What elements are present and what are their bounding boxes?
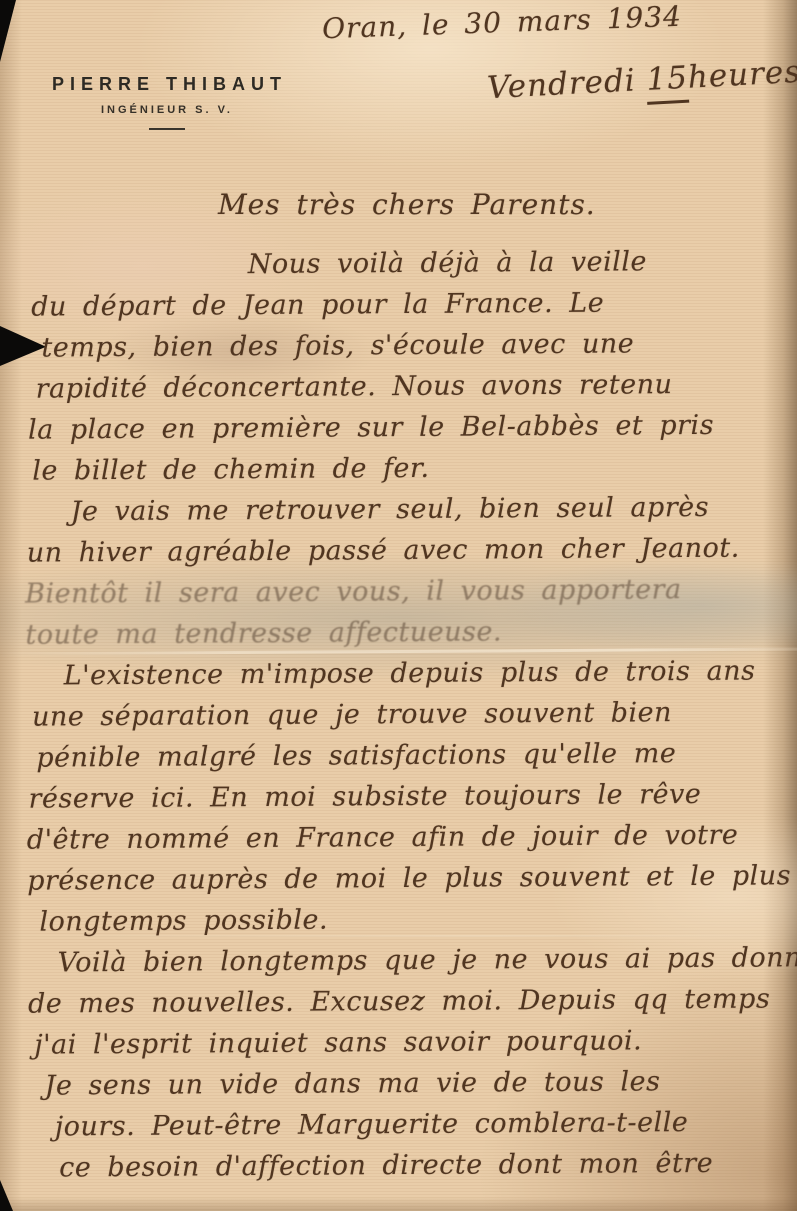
handwritten-line: L'existence m'impose depuis plus de troi… [64, 650, 786, 696]
salutation: Mes très chers Parents. [218, 188, 596, 221]
handwritten-line: une séparation que je trouve souvent bie… [32, 691, 786, 737]
handwritten-line: Bientôt il sera avec vous, il vous appor… [25, 568, 785, 614]
handwritten-line: pénible malgré les satisfactions qu'elle… [36, 732, 786, 778]
handwritten-line: temps, bien des fois, s'écoule avec une [41, 322, 783, 368]
handwritten-line: le billet de chemin de fer. [32, 445, 784, 491]
handwritten-line: réserve ici. En moi subsiste toujours le… [28, 773, 786, 819]
letterhead: PIERRE THIBAUT INGÉNIEUR S. V. [52, 74, 282, 130]
letterhead-title: INGÉNIEUR S. V. [52, 104, 282, 116]
handwritten-line: de mes nouvelles. Excusez moi. Depuis qq… [28, 978, 788, 1024]
letter-body: Nous voilà déjà à la veille du départ de… [23, 240, 790, 1188]
handwritten-line: la place en première sur le Bel-abbès et… [28, 404, 784, 450]
handwritten-line: longtemps possible. [39, 896, 787, 942]
handwritten-line: Nous voilà déjà à la veille [248, 240, 783, 285]
handwritten-line: Voilà bien longtemps que je ne vous ai p… [58, 937, 788, 983]
handwritten-line: Je sens un vide dans ma vie de tous les [44, 1060, 788, 1106]
handwritten-line: présence auprès de moi le plus souvent e… [27, 855, 787, 901]
handwritten-line: un hiver agréable passé avec mon cher Je… [27, 527, 785, 573]
handwritten-line: d'être nommé en France afin de jouir de … [27, 814, 787, 860]
handwritten-line: jours. Peut-être Marguerite comblera-t-e… [55, 1101, 789, 1147]
handwritten-line: ce besoin d'affection directe dont mon ê… [59, 1142, 789, 1188]
handwritten-line: toute ma tendresse affectueuse. [25, 609, 785, 655]
handwritten-line: j'ai l'esprit inquiet sans savoir pourqu… [34, 1019, 788, 1065]
handwritten-line: rapidité déconcertante. Nous avons reten… [36, 363, 784, 409]
letterhead-name: PIERRE THIBAUT [52, 74, 282, 95]
day-time-hour: 15 [646, 60, 690, 105]
day-time-unit: heures [687, 54, 797, 96]
handwritten-line: du départ de Jean pour la France. Le [31, 281, 783, 327]
letterhead-rule [149, 128, 185, 130]
handwritten-line: Je vais me retrouver seul, bien seul apr… [70, 486, 784, 532]
